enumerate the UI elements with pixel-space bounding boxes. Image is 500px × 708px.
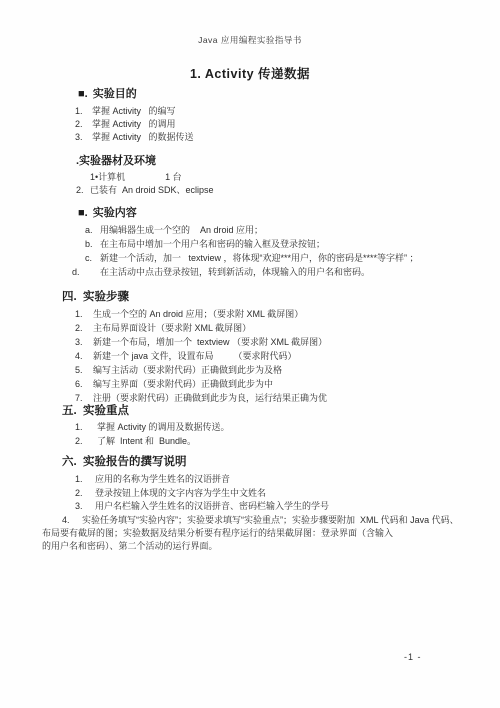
- item-number: 2.: [75, 118, 92, 131]
- list-item: c.新建一个活动，加一 textview ，将体现“欢迎***用户，你的密码是*…: [85, 251, 500, 265]
- item-number: [76, 171, 90, 184]
- item-text: 新建一个活动，加一 textview ，将体现“欢迎***用户，你的密码是***…: [100, 251, 419, 265]
- section-content: ■.实验内容 a.用编辑器生成一个空的 An droid 应用； b.在主布局中…: [0, 207, 500, 279]
- list-item: 2.已装有 An droid SDK、eclipse: [76, 184, 500, 197]
- item-text: 掌握 Activity 的数据传送: [92, 131, 194, 144]
- section-steps-heading: 四.实验步骤: [62, 290, 500, 304]
- item-number: 3.: [75, 335, 93, 349]
- item-text: 掌握 Activity 的调用及数据传送。: [97, 421, 230, 435]
- list-item: b.在主布局中增加一个用户名和密码的输入框及登录按钮；: [85, 237, 500, 251]
- item-text: 登录按钮上体现的文字内容为学生中文姓名: [95, 487, 266, 501]
- item-number: 3.: [75, 131, 92, 144]
- item-number: 1.: [75, 421, 97, 435]
- list-item: 7.注册（要求附代码）正确做到此步为良，运行结果正确为优: [75, 391, 500, 405]
- item-text-continued: 布局要有截屏的图；实验数据及结果分析要有程序运行的结果截屏图：登录界面（含输入: [42, 527, 500, 540]
- item-number: b.: [85, 237, 100, 251]
- item-text: 1•计算机 1 台: [90, 171, 182, 184]
- section-equipment-heading: .实验器材及环境: [76, 154, 500, 168]
- item-number: 7.: [75, 391, 93, 405]
- section-focus-heading: 五.实验重点: [62, 404, 500, 418]
- section-number: 五.: [62, 404, 83, 418]
- section-title: 实验步骤: [83, 290, 129, 304]
- item-text: 了解 Intent 和 Bundle。: [97, 435, 196, 449]
- section-heading-label: 实验目的: [93, 88, 137, 100]
- list-item: d.在主活动中点击登录按钮，转到新活动，体现输入的用户名和密码。: [72, 265, 500, 279]
- focus-list: 1.掌握 Activity 的调用及数据传送。 2.了解 Intent 和 Bu…: [75, 421, 500, 448]
- list-item: 4.新建一个 java 文件，设置布局 （要求附代码）: [75, 349, 500, 363]
- item-number: 1.: [75, 473, 95, 487]
- list-item: 2.掌握 Activity 的调用: [75, 118, 500, 131]
- equipment-list: 1•计算机 1 台 2.已装有 An droid SDK、eclipse: [76, 171, 500, 197]
- square-bullet-icon: ■.: [78, 207, 88, 219]
- section-content-heading: ■.实验内容: [78, 207, 500, 220]
- item-number: 2.: [76, 184, 90, 197]
- list-item: a.用编辑器生成一个空的 An droid 应用；: [85, 223, 500, 237]
- list-item: 1.掌握 Activity 的编写: [75, 105, 500, 118]
- item-text: 掌握 Activity 的编写: [92, 105, 176, 118]
- section-number: 四.: [62, 290, 83, 304]
- item-number: 1.: [75, 307, 93, 321]
- item-text: 在主活动中点击登录按钮，转到新活动，体现输入的用户名和密码。: [100, 265, 370, 279]
- section-equipment: .实验器材及环境 1•计算机 1 台 2.已装有 An droid SDK、ec…: [0, 154, 500, 197]
- report-list: 1.应用的名称为学生姓名的汉语拼音 2.登录按钮上体现的文字内容为学生中文姓名 …: [75, 473, 500, 514]
- list-item: 1.掌握 Activity 的调用及数据传送。: [75, 421, 500, 435]
- section-number: 六.: [62, 455, 83, 469]
- section-focus: 五.实验重点 1.掌握 Activity 的调用及数据传送。 2.了解 Inte…: [0, 404, 500, 448]
- item-text: 新建一个布局，增加一个 textview （要求附 XML 截屏图）: [93, 335, 327, 349]
- section-heading-label: 实验内容: [93, 207, 137, 219]
- item-number: 4.: [75, 349, 93, 363]
- item-text: 用户名栏输入学生姓名的汉语拼音、密码栏输入学生的学号: [95, 500, 329, 514]
- list-item: 5.编写主活动（要求附代码）正确做到此步为及格: [75, 363, 500, 377]
- section-title: 实验报告的撰写说明: [83, 455, 187, 469]
- item-number: d.: [72, 265, 100, 279]
- item-number: 2.: [75, 487, 95, 501]
- section-steps: 四.实验步骤 1.生成一个空的 An droid 应用；（要求附 XML 截屏图…: [0, 290, 500, 405]
- doc-title: 1. Activity 传递数据: [0, 64, 500, 82]
- document-page: Java 应用编程实验指导书 1. Activity 传递数据 ■.实验目的 1…: [0, 0, 500, 708]
- item-text: 注册（要求附代码）正确做到此步为良，运行结果正确为优: [93, 391, 327, 405]
- section-purpose-heading: ■.实验目的: [78, 88, 500, 101]
- item-text: 编写主活动（要求附代码）正确做到此步为及格: [93, 363, 282, 377]
- item-number: c.: [85, 251, 100, 265]
- list-item: 1.生成一个空的 An droid 应用；（要求附 XML 截屏图）: [75, 307, 500, 321]
- item-number: 2.: [75, 435, 97, 449]
- list-item: 2.了解 Intent 和 Bundle。: [75, 435, 500, 449]
- page-number: -1 -: [404, 652, 422, 662]
- list-item: 3.新建一个布局，增加一个 textview （要求附 XML 截屏图）: [75, 335, 500, 349]
- list-item: 3.掌握 Activity 的数据传送: [75, 131, 500, 144]
- section-title: 实验重点: [83, 404, 129, 418]
- list-item: 6.编写主界面（要求附代码）正确做到此步为中: [75, 377, 500, 391]
- section-report-heading: 六.实验报告的撰写说明: [62, 455, 500, 469]
- item-number: 3.: [75, 500, 95, 514]
- list-item: 4.实验任务填写“实验内容”；实验要求填写“实验重点”；实验步骤要附加 XML …: [62, 514, 500, 527]
- item-number: 5.: [75, 363, 93, 377]
- item-number: 2.: [75, 321, 93, 335]
- content-list: a.用编辑器生成一个空的 An droid 应用； b.在主布局中增加一个用户名…: [85, 223, 500, 279]
- item-number: 6.: [75, 377, 93, 391]
- list-item: 2.登录按钮上体现的文字内容为学生中文姓名: [75, 487, 500, 501]
- section-report: 六.实验报告的撰写说明 1.应用的名称为学生姓名的汉语拼音 2.登录按钮上体现的…: [0, 455, 500, 553]
- list-item: 1•计算机 1 台: [76, 171, 500, 184]
- list-item: 2.主布局界面设计（要求附 XML 截屏图）: [75, 321, 500, 335]
- item-text: 实验任务填写“实验内容”；实验要求填写“实验重点”；实验步骤要附加 XML 代码…: [82, 514, 459, 527]
- doc-header: Java 应用编程实验指导书: [0, 34, 500, 46]
- list-item: 1.应用的名称为学生姓名的汉语拼音: [75, 473, 500, 487]
- section-purpose: ■.实验目的 1.掌握 Activity 的编写 2.掌握 Activity 的…: [0, 88, 500, 144]
- purpose-list: 1.掌握 Activity 的编写 2.掌握 Activity 的调用 3.掌握…: [75, 105, 500, 144]
- item-number: a.: [85, 223, 100, 237]
- steps-list: 1.生成一个空的 An droid 应用；（要求附 XML 截屏图） 2.主布局…: [75, 307, 500, 405]
- item-text: 在主布局中增加一个用户名和密码的输入框及登录按钮；: [100, 237, 325, 251]
- report-item-4: 4.实验任务填写“实验内容”；实验要求填写“实验重点”；实验步骤要附加 XML …: [42, 514, 500, 553]
- item-number: 4.: [62, 514, 82, 527]
- item-text: 主布局界面设计（要求附 XML 截屏图）: [93, 321, 251, 335]
- item-text: 应用的名称为学生姓名的汉语拼音: [95, 473, 230, 487]
- square-bullet-icon: ■.: [78, 88, 88, 100]
- item-text: 新建一个 java 文件，设置布局 （要求附代码）: [93, 349, 297, 363]
- item-text: 掌握 Activity 的调用: [92, 118, 176, 131]
- list-item: 3.用户名栏输入学生姓名的汉语拼音、密码栏输入学生的学号: [75, 500, 500, 514]
- item-text: 编写主界面（要求附代码）正确做到此步为中: [93, 377, 273, 391]
- item-text: 用编辑器生成一个空的 An droid 应用；: [100, 223, 263, 237]
- item-text-continued: 的用户名和密码）、第二个活动的运行界面。: [42, 540, 500, 553]
- item-text: 已装有 An droid SDK、eclipse: [90, 184, 214, 197]
- item-number: 1.: [75, 105, 92, 118]
- item-text: 生成一个空的 An droid 应用；（要求附 XML 截屏图）: [93, 307, 303, 321]
